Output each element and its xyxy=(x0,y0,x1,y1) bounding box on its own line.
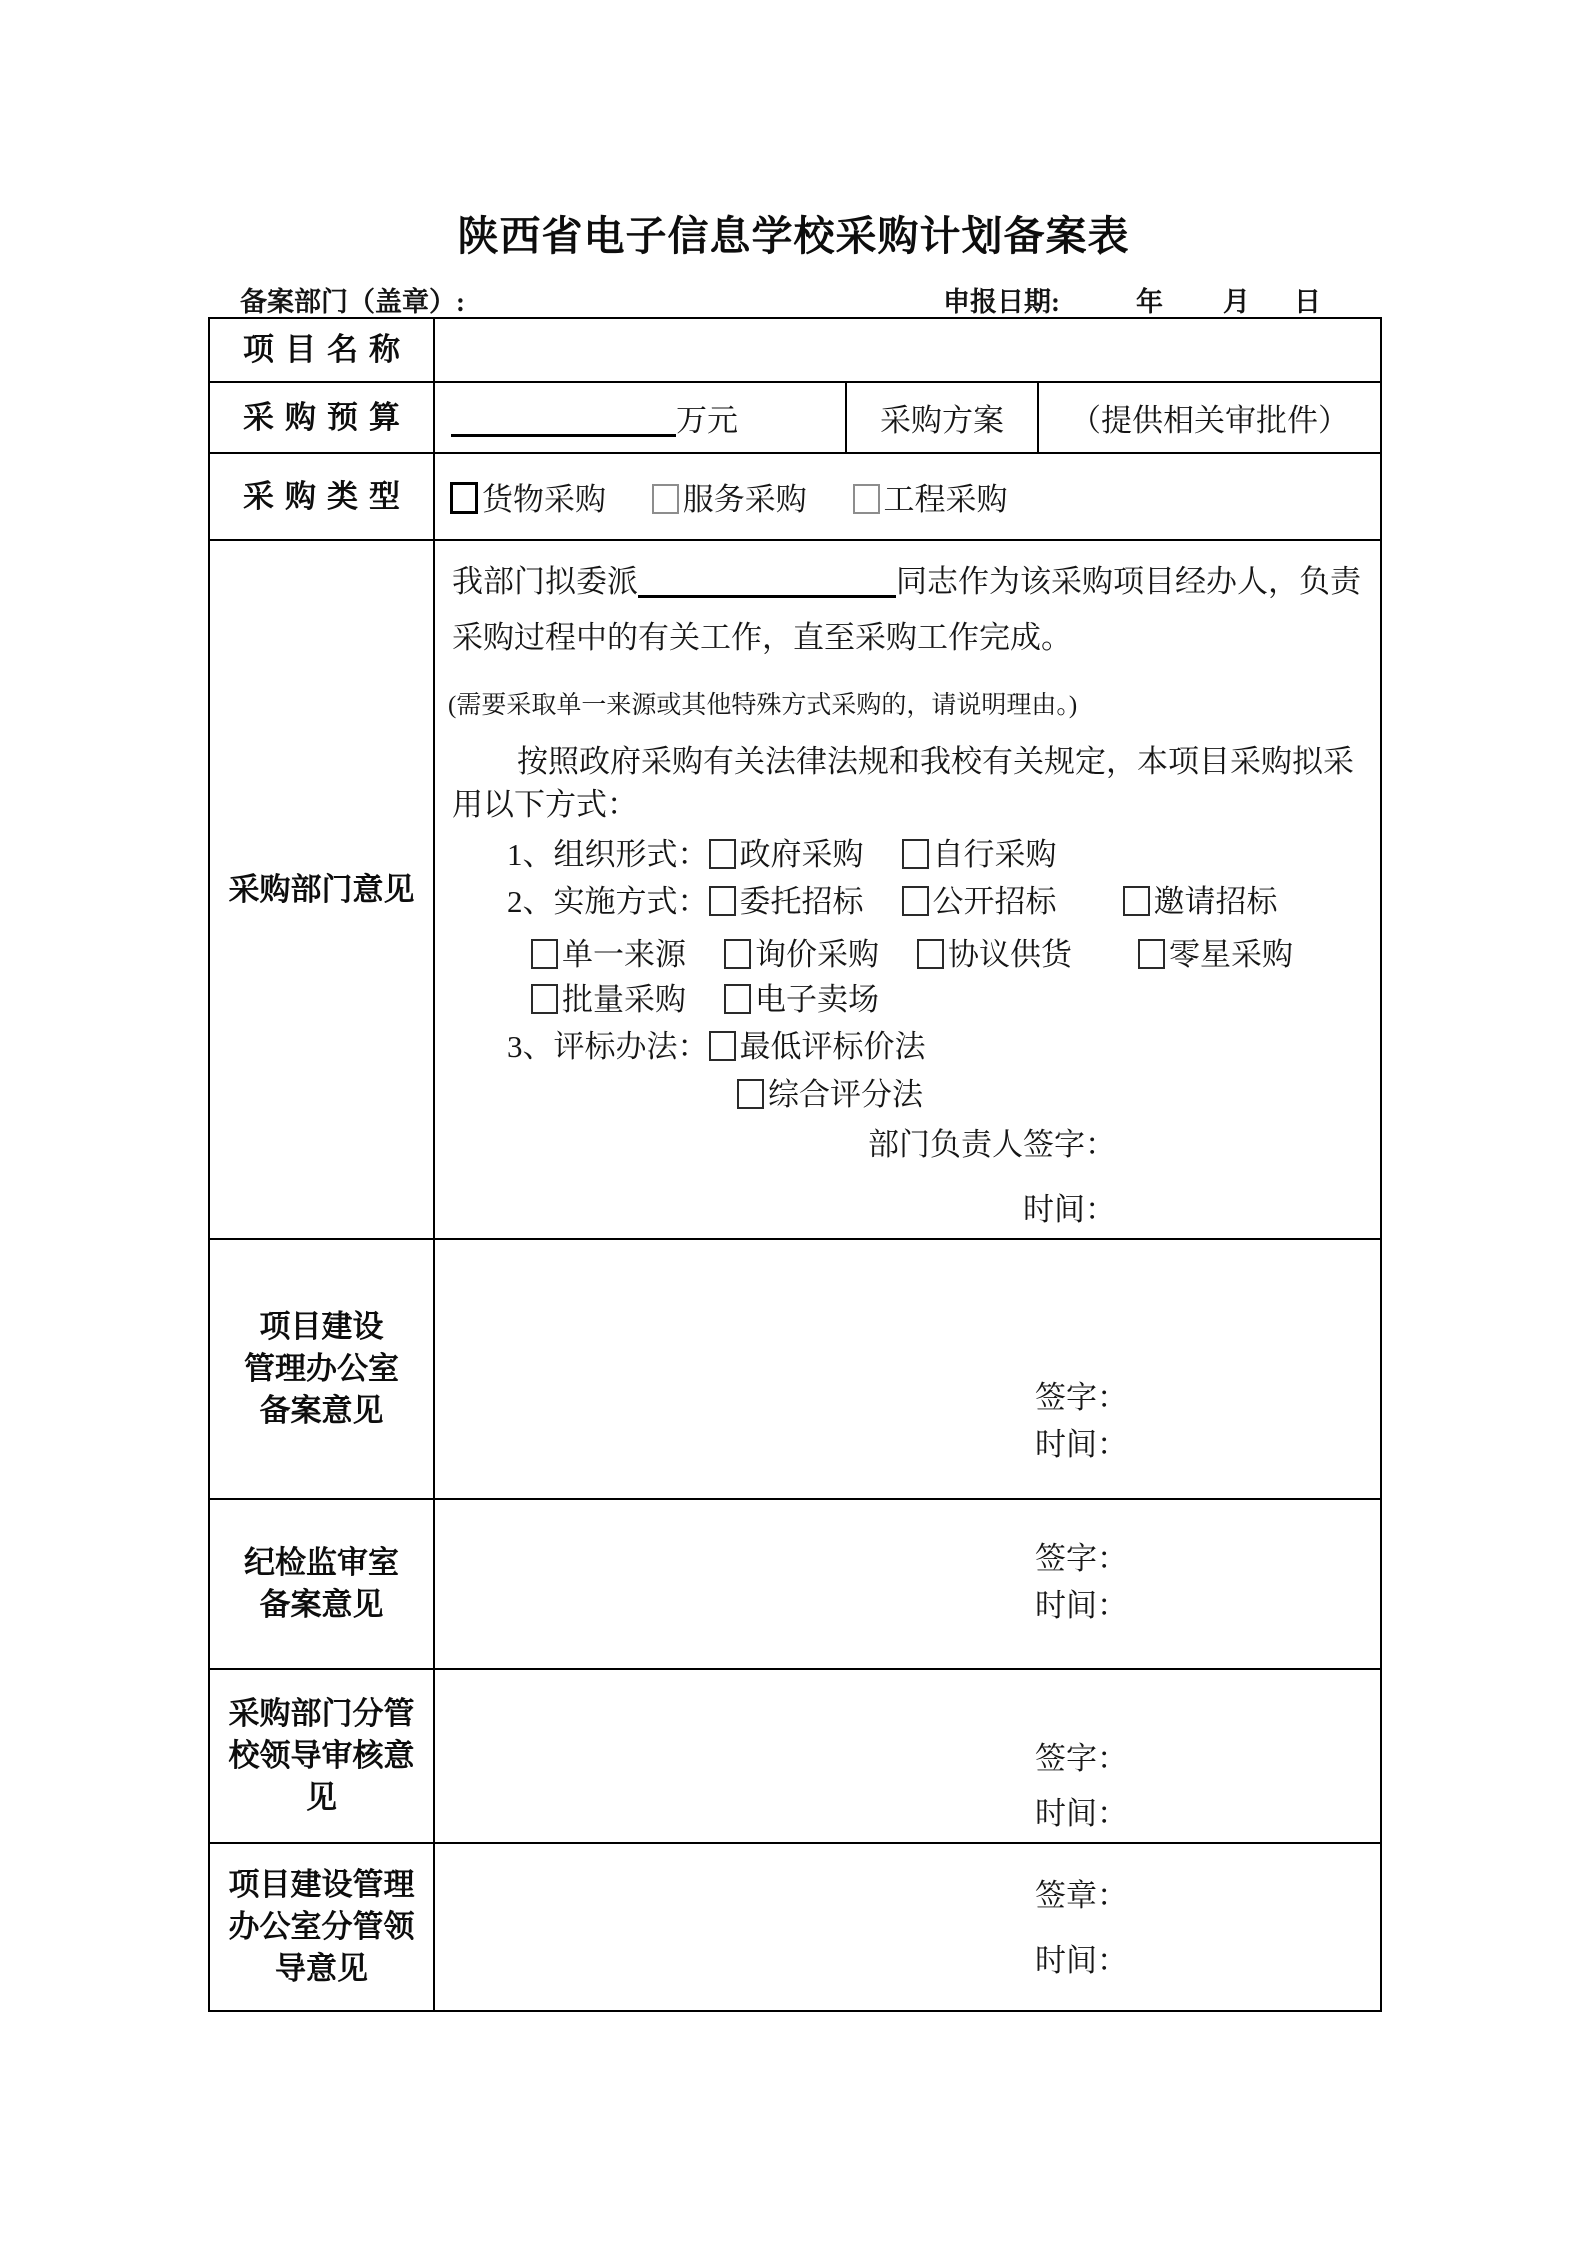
month-label: 月 xyxy=(1223,287,1250,317)
dept-head-time-label: 时间： xyxy=(435,1192,1380,1228)
type-option-goods: 货物采购 xyxy=(450,482,606,517)
checkbox-works-procurement[interactable] xyxy=(853,484,880,514)
option-lowest-price-method: 最低评标价法 xyxy=(709,1029,926,1064)
option-inquiry-procurement: 询价采购 xyxy=(724,937,879,972)
checkbox-comprehensive-scoring[interactable] xyxy=(737,1079,764,1109)
pmo-leader-opinion-label: 项目建设管理 办公室分管领 导意见 xyxy=(209,1843,434,2011)
dept-head-sign-label: 部门负责人签字： xyxy=(435,1127,1380,1163)
checkbox-inquiry-procurement[interactable] xyxy=(724,939,751,969)
dept-opinion-content: 我部门拟委派同志作为该采购项目经办人，负责 采购过程中的有关工作，直至采购工作完… xyxy=(435,542,1380,1237)
plan-label-cell: 采购方案 xyxy=(846,382,1038,453)
checkbox-batch-procurement[interactable] xyxy=(531,984,558,1014)
budget-amount-input[interactable] xyxy=(451,401,676,437)
plan-note: （提供相关审批件） xyxy=(1070,403,1349,438)
checkbox-goods-procurement[interactable] xyxy=(450,482,478,514)
plan-label: 采购方案 xyxy=(880,403,1004,438)
option-batch-procurement: 批量采购 xyxy=(531,982,686,1017)
option-self-procurement: 自行采购 xyxy=(902,837,1057,872)
implementation-method-line: 2、实施方式：委托招标公开招标邀请招标 xyxy=(507,884,1316,920)
evaluation-method-label: 3、评标办法： xyxy=(507,1029,709,1064)
option-e-marketplace: 电子卖场 xyxy=(724,982,879,1017)
budget-unit-label: 万元 xyxy=(676,403,738,438)
table-row-type: 采购类型 货物采购 服务采购 工程采购 xyxy=(209,453,1381,540)
time-label: 时间： xyxy=(1035,1427,1128,1463)
table-row-budget: 采购预算 万元 采购方案 （提供相关审批件） xyxy=(209,382,1381,453)
checkbox-agreement-supply[interactable] xyxy=(917,939,944,969)
organization-form-label: 1、组织形式： xyxy=(507,837,709,872)
single-source-note: (需要采取单一来源或其他特殊方式采购的，请说明理由。) xyxy=(448,688,1077,724)
discipline-opinion-cell[interactable]: 签字： 时间： xyxy=(434,1499,1381,1669)
plan-note-cell: （提供相关审批件） xyxy=(1038,382,1381,453)
time-label: 时间： xyxy=(1035,1943,1128,1979)
procurement-filing-form-page: 陕西省电子信息学校采购计划备案表 备案部门（盖章）: 申报日期:年月日 项目名称… xyxy=(0,0,1587,2245)
checkbox-invited-bidding[interactable] xyxy=(1123,886,1150,916)
sign-label: 签字： xyxy=(1035,1541,1128,1577)
policy-sentence-line1: 按照政府采购有关法律法规和我校有关规定，本项目采购拟采 xyxy=(517,744,1354,780)
time-label: 时间： xyxy=(1035,1588,1128,1624)
page-title: 陕西省电子信息学校采购计划备案表 xyxy=(0,203,1587,262)
leader-review-opinion-cell[interactable]: 签字： 时间： xyxy=(434,1669,1381,1843)
budget-label: 采购预算 xyxy=(209,382,434,453)
type-options-cell: 货物采购 服务采购 工程采购 xyxy=(434,453,1381,540)
dept-opinion-cell[interactable]: 我部门拟委派同志作为该采购项目经办人，负责 采购过程中的有关工作，直至采购工作完… xyxy=(434,540,1381,1239)
project-name-label: 项目名称 xyxy=(209,318,434,382)
declare-date-label: 申报日期: xyxy=(943,287,1060,317)
time-label: 时间： xyxy=(1035,1796,1128,1832)
pmo-opinion-label: 项目建设 管理办公室 备案意见 xyxy=(209,1239,434,1499)
checkbox-lowest-price-method[interactable] xyxy=(709,1031,736,1061)
budget-cell: 万元 xyxy=(434,382,846,453)
table-row-pmo-opinion: 项目建设 管理办公室 备案意见 签字： 时间： xyxy=(209,1239,1381,1499)
option-comprehensive-scoring: 综合评分法 xyxy=(737,1077,923,1112)
option-agreement-supply: 协议供货 xyxy=(917,937,1072,972)
seal-label: 签章： xyxy=(1035,1878,1128,1914)
type-option-works: 工程采购 xyxy=(853,482,1008,517)
implementation-method-line3: 批量采购电子卖场 xyxy=(531,982,917,1018)
dept-opinion-label: 采购部门意见 xyxy=(209,540,434,1239)
filing-dept-label: 备案部门（盖章）: xyxy=(240,280,465,319)
table-row-dept-opinion: 采购部门意见 我部门拟委派同志作为该采购项目经办人，负责 采购过程中的有关工作，… xyxy=(209,540,1381,1239)
sign-label: 签字： xyxy=(1035,1741,1128,1777)
checkbox-single-source[interactable] xyxy=(531,939,558,969)
delegate-name-input[interactable] xyxy=(638,564,896,598)
leader-review-opinion-label: 采购部门分管 校领导审核意 见 xyxy=(209,1669,434,1843)
checkbox-sporadic-procurement[interactable] xyxy=(1138,939,1165,969)
option-invited-bidding: 邀请招标 xyxy=(1123,884,1278,919)
checkbox-e-marketplace[interactable] xyxy=(724,984,751,1014)
filing-form-table: 项目名称 采购预算 万元 采购方案 （提供相关审批件） 采购类型 货物采购 服务… xyxy=(208,317,1382,2012)
checkbox-self-procurement[interactable] xyxy=(902,839,929,869)
checkbox-services-procurement[interactable] xyxy=(652,484,679,514)
table-row-pmo-leader-opinion: 项目建设管理 办公室分管领 导意见 签章： 时间： xyxy=(209,1843,1381,2011)
discipline-opinion-label: 纪检监审室 备案意见 xyxy=(209,1499,434,1669)
evaluation-method-line2: 综合评分法 xyxy=(737,1077,961,1113)
delegate-sentence-line1: 我部门拟委派同志作为该采购项目经办人，负责 xyxy=(452,564,1361,600)
evaluation-method-line: 3、评标办法：最低评标价法 xyxy=(507,1029,964,1065)
option-open-bidding: 公开招标 xyxy=(902,884,1057,919)
pmo-leader-opinion-cell[interactable]: 签章： 时间： xyxy=(434,1843,1381,2011)
checkbox-entrusted-bidding[interactable] xyxy=(709,886,736,916)
option-entrusted-bidding: 委托招标 xyxy=(709,884,864,919)
checkbox-open-bidding[interactable] xyxy=(902,886,929,916)
implementation-method-line2: 单一来源询价采购协议供货零星采购 xyxy=(531,937,1331,973)
option-single-source: 单一来源 xyxy=(531,937,686,972)
delegate-sentence-line2: 采购过程中的有关工作，直至采购工作完成。 xyxy=(452,620,1072,656)
type-label: 采购类型 xyxy=(209,453,434,540)
checkbox-gov-procurement[interactable] xyxy=(709,839,736,869)
day-label: 日 xyxy=(1294,287,1321,317)
year-label: 年 xyxy=(1136,287,1163,317)
implementation-method-label: 2、实施方式： xyxy=(507,884,709,919)
project-name-cell[interactable] xyxy=(434,318,1381,382)
pmo-opinion-cell[interactable]: 签字： 时间： xyxy=(434,1239,1381,1499)
table-row-project-name: 项目名称 xyxy=(209,318,1381,382)
policy-sentence-line2: 用以下方式： xyxy=(452,787,638,823)
table-row-discipline-opinion: 纪检监审室 备案意见 签字： 时间： xyxy=(209,1499,1381,1669)
option-sporadic-procurement: 零星采购 xyxy=(1138,937,1293,972)
option-gov-procurement: 政府采购 xyxy=(709,837,864,872)
sign-label: 签字： xyxy=(1035,1380,1128,1416)
declare-date-group: 申报日期:年月日 xyxy=(943,280,1321,319)
table-row-leader-review-opinion: 采购部门分管 校领导审核意 见 签字： 时间： xyxy=(209,1669,1381,1843)
type-option-services: 服务采购 xyxy=(652,482,807,517)
organization-form-line: 1、组织形式：政府采购自行采购 xyxy=(507,837,1095,873)
